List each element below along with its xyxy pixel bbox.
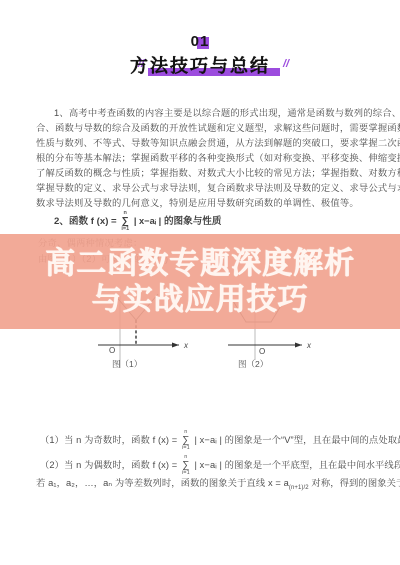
overlay-title-line1: 高二函数专题深度解析 bbox=[45, 246, 355, 282]
formula-fx: f (x) = bbox=[91, 216, 117, 227]
fig2-caption: 图（2） bbox=[238, 358, 268, 370]
note1-pre: （1）当 n 为奇数时，函数 bbox=[40, 435, 150, 445]
intro-line-1: 1、高考中考查函数的内容主要是以综合题的形式出现，通常是函数与数列的综合、函数与… bbox=[36, 106, 386, 121]
section2-heading: 2、函数 f (x) = n ∑ i=1 | x−aᵢ | 的图象与性质 bbox=[54, 211, 222, 232]
note1-sum-symbol: n ∑ i=1 bbox=[182, 430, 190, 451]
section-number: 01 bbox=[0, 33, 400, 50]
formula-abs: | x−aᵢ | bbox=[134, 216, 161, 226]
fig1-x-label: x bbox=[184, 341, 188, 350]
intro-line-2: 合、函数与导数的综合及函数的开放性试题和定义题型，求解这些问题时，需要掌握函数的… bbox=[36, 121, 368, 136]
page-title: 方法技巧与总结 bbox=[0, 52, 400, 78]
intro-line-5: 了解反函数的概念与性质；掌握指数、对数式大小比较的常见方法；掌握指数、对数方程和… bbox=[36, 166, 368, 181]
fig1-caption: 图（1） bbox=[112, 358, 142, 370]
section2-pre: 2、函数 bbox=[54, 216, 88, 227]
note3-subscript: (n+1)/2 bbox=[289, 485, 309, 491]
intro-line-4: 根的分布等基本解法；掌握函数平移的各种变换形式（如对称变换、平移变换、伸缩变换和… bbox=[36, 151, 368, 166]
note1-post: 的图象是一个“V”型，且在最中间的点处取最小值； bbox=[225, 435, 400, 445]
intro-line-6: 掌握导数的定义、求导公式与求导法则，复合函数求导法则及导数的定义、求导公式与求导… bbox=[36, 181, 368, 196]
fig2-x-label: x bbox=[307, 341, 311, 350]
note2-pre: （2）当 n 为偶数时，函数 bbox=[40, 460, 150, 470]
note-1: （1）当 n 为奇数时，函数 f (x) = n ∑ i=1 | x−aᵢ | … bbox=[40, 430, 380, 451]
section2-post: 的图象与性质 bbox=[164, 216, 222, 227]
overlay-title-line2: 与实战应用技巧 bbox=[92, 282, 309, 318]
title-overlay-banner: 高二函数专题深度解析 与实战应用技巧 bbox=[0, 234, 400, 329]
note1-abs: | x−aᵢ | bbox=[194, 435, 222, 445]
note3-post: 对称，得到的图象关于直线 bbox=[309, 478, 400, 488]
note-2: （2）当 n 为偶数时，函数 f (x) = n ∑ i=1 | x−aᵢ | … bbox=[40, 455, 380, 476]
note2-sum-symbol: n ∑ i=1 bbox=[182, 455, 190, 476]
note2-post: 的图象是一个平底型，且在最中间水平线段“取最小值”； bbox=[225, 460, 400, 470]
fig2-origin-label: O bbox=[259, 347, 265, 356]
note2-fx: f (x) = bbox=[153, 460, 178, 470]
intro-line-3: 性质与数列、不等式、导数等知识点融会贯通，从方法到解题的突破口，要求掌握二次函数… bbox=[36, 136, 368, 151]
fig1-origin-label: O bbox=[109, 346, 115, 355]
note-3: 若 a₁，a₂，…，aₙ 为等差数列时，函数的图象关于直线 x = a(n+1)… bbox=[36, 477, 376, 495]
intro-line-7: 数求导法则及导数的几何意义，特别是应用导数研究函数的单调性、极值等。 bbox=[36, 196, 368, 211]
note3-pre: 若 a₁，a₂，…，aₙ 为等差数列时，函数的图象关于直线 x = a bbox=[36, 478, 289, 488]
note1-fx: f (x) = bbox=[153, 435, 178, 445]
sum-symbol: n ∑ i=1 bbox=[121, 211, 129, 232]
note2-abs: | x−aᵢ | bbox=[194, 460, 222, 470]
